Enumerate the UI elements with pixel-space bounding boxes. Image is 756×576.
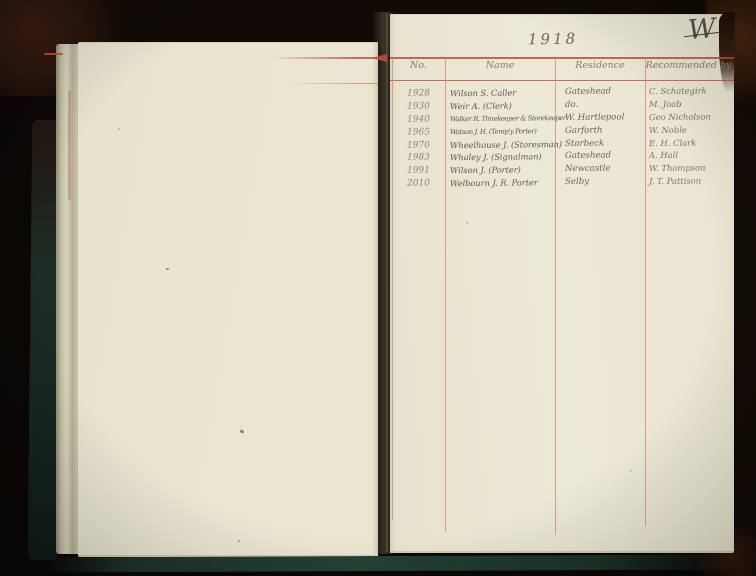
entry-recommended-by: C. Schategirk (645, 85, 731, 96)
entry-number: 1930 (392, 101, 445, 112)
column-header-recommended-by: Recommended by (645, 60, 732, 71)
column-header-name: Name (445, 60, 555, 71)
entry-name: Weir A. (Clerk) (445, 100, 555, 111)
entry-number: 1970 (392, 140, 445, 151)
entry-recommended-by: E. H. Clark (645, 137, 731, 148)
entry-recommended-by: W. Noble (645, 124, 731, 135)
entry-name: Wheelhouse J. (Storesman) (445, 139, 555, 150)
table-header-row: No. Name Residence Recommended by (392, 60, 734, 71)
entry-number: 1991 (392, 166, 445, 177)
paper-speck (118, 128, 120, 130)
entry-number: 1928 (392, 88, 445, 99)
entry-name: Welbourn J. R. Porter (445, 177, 555, 188)
red-rule-remnant-upper (270, 57, 376, 59)
entry-residence: Gateshead (555, 86, 645, 97)
paper-speck (630, 470, 632, 472)
column-header-no: No. (392, 60, 445, 71)
entry-residence: Garforth (555, 125, 645, 136)
header-top-rule (390, 57, 734, 59)
entry-residence: do. (555, 99, 645, 110)
paper-speck (466, 222, 468, 224)
entry-residence: Newcastle (555, 163, 645, 174)
table-row: 2010 Welbourn J. R. Porter Selby J. T. P… (392, 175, 734, 191)
entry-recommended-by: Geo Nicholson (645, 111, 731, 122)
ledger-book-scan: 1918 W No. Name Residence Recommended by… (0, 0, 756, 576)
entry-recommended-by: W. Thompson (645, 163, 731, 174)
entry-name: Wilson J. (Porter) (445, 164, 555, 175)
entry-recommended-by: M. Joab (645, 98, 731, 109)
index-letter: W (687, 13, 717, 46)
entry-name: Whaley J. (Signalman) (445, 152, 555, 163)
entry-number: 1940 (392, 114, 445, 125)
entry-recommended-by: A. Hall (645, 150, 731, 161)
entry-residence: Selby (555, 176, 645, 187)
header-bottom-rule (390, 80, 734, 81)
red-rule-remnant-dash (44, 53, 63, 55)
red-rule-remnant-lower (282, 83, 378, 84)
gutter-crease-line (386, 14, 388, 552)
entries-list: 1928 Wilson S. Caller Gateshead C. Schat… (392, 87, 734, 190)
entry-name: Wilson S. Caller (445, 87, 555, 98)
column-header-residence: Residence (555, 60, 645, 71)
book-cover-bottom-edge (44, 554, 736, 572)
paper-speck (166, 268, 169, 270)
red-arrow-mark (372, 54, 387, 62)
entry-residence: Gateshead (555, 151, 645, 162)
page-fore-edge-tint (68, 90, 71, 200)
entry-recommended-by: J. T. Pattison (645, 175, 731, 186)
year-title: 1918 (498, 29, 608, 49)
left-blank-page (78, 42, 378, 557)
entry-residence: W. Hartlepool (555, 112, 645, 123)
entry-name: Walker R. Timekeeper & Storekeeper (445, 113, 555, 123)
paper-speck (238, 540, 240, 542)
entry-number: 1983 (392, 153, 445, 164)
entry-name: Watson J. H. (Temp'y Porter) (445, 126, 555, 136)
entry-number: 1965 (392, 127, 445, 138)
entry-residence: Starbeck (555, 138, 645, 149)
entry-number: 2010 (392, 178, 445, 189)
